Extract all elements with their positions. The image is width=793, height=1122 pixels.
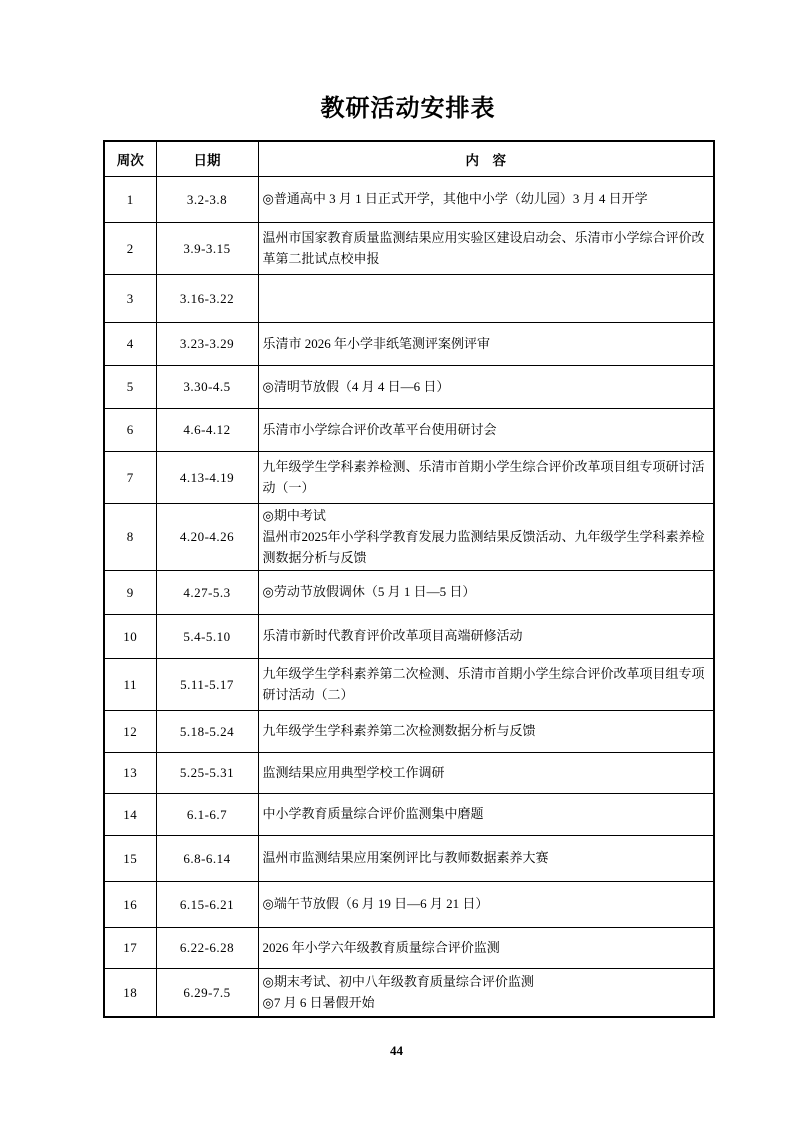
week-cell: 18 bbox=[104, 969, 156, 1017]
header-date: 日期 bbox=[156, 141, 258, 177]
date-cell: 4.6-4.12 bbox=[156, 409, 258, 452]
content-cell: ◎期中考试 温州市2025年小学科学教育发展力监测结果反馈活动、九年级学生学科素… bbox=[258, 504, 714, 571]
content-cell: ◎清明节放假（4 月 4 日—6 日） bbox=[258, 366, 714, 409]
content-cell: 九年级学生学科素养检测、乐清市首期小学生综合评价改革项目组专项研讨活动（一） bbox=[258, 452, 714, 504]
week-cell: 4 bbox=[104, 323, 156, 366]
date-cell: 4.20-4.26 bbox=[156, 504, 258, 571]
content-cell: 九年级学生学科素养第二次检测数据分析与反馈 bbox=[258, 711, 714, 753]
week-cell: 2 bbox=[104, 223, 156, 275]
content-cell: ◎劳动节放假调休（5 月 1 日—5 日） bbox=[258, 571, 714, 615]
table-row: 18 6.29-7.5 ◎期末考试、初中八年级教育质量综合评价监测 ◎7 月 6… bbox=[104, 969, 714, 1017]
week-cell: 17 bbox=[104, 928, 156, 969]
content-cell: 九年级学生学科素养第二次检测、乐清市首期小学生综合评价改革项目组专项研讨活动（二… bbox=[258, 659, 714, 711]
content-cell: 温州市监测结果应用案例评比与教师数据素养大赛 bbox=[258, 836, 714, 882]
table-header-row: 周次 日期 内 容 bbox=[104, 141, 714, 177]
table-row: 4 3.23-3.29 乐清市 2026 年小学非纸笔测评案例评审 bbox=[104, 323, 714, 366]
week-cell: 14 bbox=[104, 794, 156, 836]
content-cell bbox=[258, 275, 714, 323]
date-cell: 6.22-6.28 bbox=[156, 928, 258, 969]
date-cell: 5.4-5.10 bbox=[156, 615, 258, 659]
table-row: 14 6.1-6.7 中小学教育质量综合评价监测集中磨题 bbox=[104, 794, 714, 836]
date-cell: 5.18-5.24 bbox=[156, 711, 258, 753]
table-row: 12 5.18-5.24 九年级学生学科素养第二次检测数据分析与反馈 bbox=[104, 711, 714, 753]
table-row: 15 6.8-6.14 温州市监测结果应用案例评比与教师数据素养大赛 bbox=[104, 836, 714, 882]
date-cell: 3.30-4.5 bbox=[156, 366, 258, 409]
page-number: 44 bbox=[0, 1043, 793, 1059]
content-cell: ◎普通高中 3 月 1 日正式开学，其他中小学（幼儿园）3 月 4 日开学 bbox=[258, 177, 714, 223]
content-cell: 中小学教育质量综合评价监测集中磨题 bbox=[258, 794, 714, 836]
table-row: 1 3.2-3.8 ◎普通高中 3 月 1 日正式开学，其他中小学（幼儿园）3 … bbox=[104, 177, 714, 223]
week-cell: 13 bbox=[104, 753, 156, 794]
table-row: 9 4.27-5.3 ◎劳动节放假调休（5 月 1 日—5 日） bbox=[104, 571, 714, 615]
week-cell: 9 bbox=[104, 571, 156, 615]
week-cell: 8 bbox=[104, 504, 156, 571]
date-cell: 4.13-4.19 bbox=[156, 452, 258, 504]
table-row: 13 5.25-5.31 监测结果应用典型学校工作调研 bbox=[104, 753, 714, 794]
content-cell: 乐清市小学综合评价改革平台使用研讨会 bbox=[258, 409, 714, 452]
week-cell: 11 bbox=[104, 659, 156, 711]
content-cell: 乐清市 2026 年小学非纸笔测评案例评审 bbox=[258, 323, 714, 366]
table-row: 2 3.9-3.15 温州市国家教育质量监测结果应用实验区建设启动会、乐清市小学… bbox=[104, 223, 714, 275]
week-cell: 5 bbox=[104, 366, 156, 409]
page-title: 教研活动安排表 bbox=[103, 88, 713, 123]
week-cell: 15 bbox=[104, 836, 156, 882]
content-cell: 温州市国家教育质量监测结果应用实验区建设启动会、乐清市小学综合评价改革第二批试点… bbox=[258, 223, 714, 275]
week-cell: 16 bbox=[104, 882, 156, 928]
date-cell: 3.9-3.15 bbox=[156, 223, 258, 275]
date-cell: 5.11-5.17 bbox=[156, 659, 258, 711]
header-content: 内 容 bbox=[258, 141, 714, 177]
week-cell: 12 bbox=[104, 711, 156, 753]
date-cell: 6.15-6.21 bbox=[156, 882, 258, 928]
date-cell: 6.8-6.14 bbox=[156, 836, 258, 882]
content-cell: ◎期末考试、初中八年级教育质量综合评价监测 ◎7 月 6 日暑假开始 bbox=[258, 969, 714, 1017]
date-cell: 5.25-5.31 bbox=[156, 753, 258, 794]
date-cell: 6.1-6.7 bbox=[156, 794, 258, 836]
table-row: 16 6.15-6.21 ◎端午节放假（6 月 19 日—6 月 21 日） bbox=[104, 882, 714, 928]
table-row: 6 4.6-4.12 乐清市小学综合评价改革平台使用研讨会 bbox=[104, 409, 714, 452]
week-cell: 10 bbox=[104, 615, 156, 659]
date-cell: 4.27-5.3 bbox=[156, 571, 258, 615]
table-row: 8 4.20-4.26 ◎期中考试 温州市2025年小学科学教育发展力监测结果反… bbox=[104, 504, 714, 571]
table-row: 3 3.16-3.22 bbox=[104, 275, 714, 323]
week-cell: 7 bbox=[104, 452, 156, 504]
schedule-table: 周次 日期 内 容 1 3.2-3.8 ◎普通高中 3 月 1 日正式开学，其他… bbox=[103, 140, 715, 1018]
content-cell: 2026 年小学六年级教育质量综合评价监测 bbox=[258, 928, 714, 969]
table-row: 17 6.22-6.28 2026 年小学六年级教育质量综合评价监测 bbox=[104, 928, 714, 969]
date-cell: 6.29-7.5 bbox=[156, 969, 258, 1017]
table-row: 11 5.11-5.17 九年级学生学科素养第二次检测、乐清市首期小学生综合评价… bbox=[104, 659, 714, 711]
week-cell: 1 bbox=[104, 177, 156, 223]
content-cell: 监测结果应用典型学校工作调研 bbox=[258, 753, 714, 794]
document-page: 教研活动安排表 周次 日期 内 容 1 3.2-3.8 ◎普通高中 3 月 1 … bbox=[0, 0, 793, 1122]
header-week: 周次 bbox=[104, 141, 156, 177]
date-cell: 3.23-3.29 bbox=[156, 323, 258, 366]
date-cell: 3.2-3.8 bbox=[156, 177, 258, 223]
content-cell: ◎端午节放假（6 月 19 日—6 月 21 日） bbox=[258, 882, 714, 928]
week-cell: 3 bbox=[104, 275, 156, 323]
table-row: 7 4.13-4.19 九年级学生学科素养检测、乐清市首期小学生综合评价改革项目… bbox=[104, 452, 714, 504]
table-row: 5 3.30-4.5 ◎清明节放假（4 月 4 日—6 日） bbox=[104, 366, 714, 409]
content-cell: 乐清市新时代教育评价改革项目高端研修活动 bbox=[258, 615, 714, 659]
week-cell: 6 bbox=[104, 409, 156, 452]
table-row: 10 5.4-5.10 乐清市新时代教育评价改革项目高端研修活动 bbox=[104, 615, 714, 659]
date-cell: 3.16-3.22 bbox=[156, 275, 258, 323]
